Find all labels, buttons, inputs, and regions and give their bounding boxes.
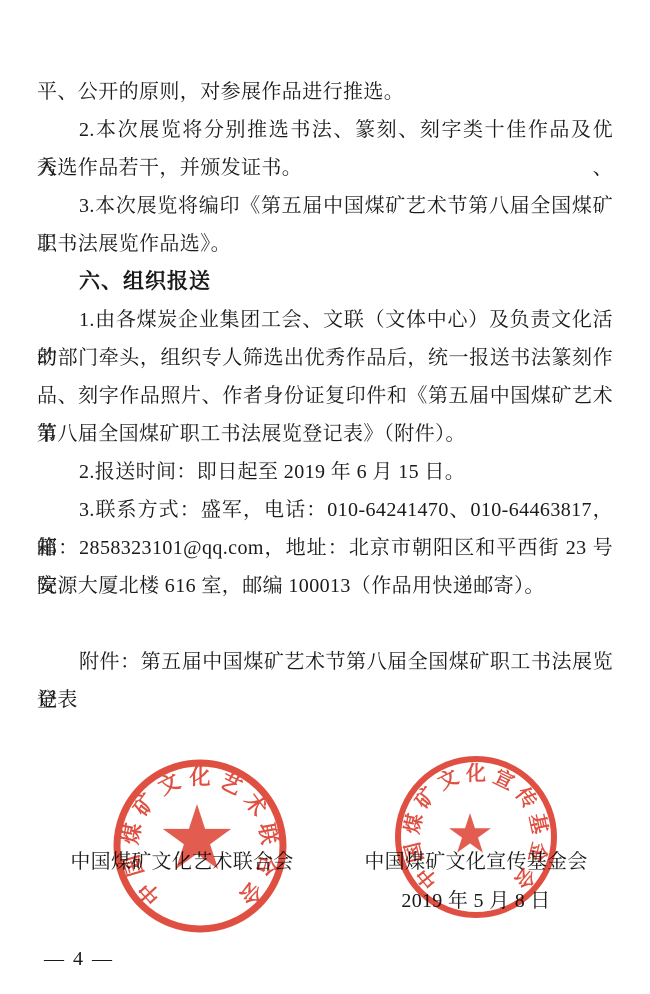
section-heading: 六、组织报送	[37, 263, 613, 301]
seal-character: 化	[465, 762, 486, 785]
star-icon	[449, 813, 491, 853]
document-page: 平、公开的原则，对参展作品进行推选。2.本次展览将分别推选书法、篆刻、刻字类十佳…	[0, 0, 650, 994]
text-line: 附件：第五届中国煤矿艺术节第八届全国煤矿职工书法展览登	[37, 643, 613, 681]
text-line: 记表	[37, 681, 613, 719]
seal-character: 化	[189, 765, 211, 789]
page-number: — 4 —	[44, 948, 114, 971]
seal-character: 联	[254, 821, 281, 846]
text-line: 品、刻字作品照片、作者身份证复印件和《第五届中国煤矿艺术节	[37, 377, 613, 415]
official-seal-right: 中国煤矿文化宣传基金会	[391, 752, 561, 922]
seal-character: 国	[401, 840, 428, 865]
text-line: 工书法展览作品选》。	[37, 225, 613, 263]
seal-character: 煤	[118, 821, 146, 847]
text-line: 1.由各煤炭企业集团工会、文联（文体中心）及负责文化活动	[37, 301, 613, 339]
text-line: 箱：2858323101@qq.com，地址：北京市朝阳区和平西街 23 号院	[37, 529, 613, 567]
official-seal-left: 中国煤矿文化艺术联合会	[105, 751, 295, 941]
seal-character: 合	[252, 852, 281, 879]
text-line: 2.本次展览将分别推选书法、篆刻、刻字类十佳作品及优秀、	[37, 111, 613, 149]
text-line: 平、公开的原则，对参展作品进行推选。	[37, 73, 613, 111]
text-line: 3.本次展览将编印《第五届中国煤矿艺术节第八届全国煤矿职	[37, 187, 613, 225]
star-icon	[163, 804, 231, 869]
document-body: 平、公开的原则，对参展作品进行推选。2.本次展览将分别推选书法、篆刻、刻字类十佳…	[37, 73, 613, 719]
text-line: 3.联系方式：盛军，电话：010-64241470、010-64463817，邮	[37, 491, 613, 529]
text-line: 第八届全国煤矿职工书法展览登记表》（附件）。	[37, 415, 613, 453]
text-line: 2.报送时间：即日起至 2019 年 6 月 15 日。	[37, 453, 613, 491]
text-line: 的部门牵头，组织专人筛选出优秀作品后，统一报送书法篆刻作	[37, 339, 613, 377]
text-line: 安源大厦北楼 616 室，邮编 100013（作品用快递邮寄）。	[37, 567, 613, 605]
seal-character: 国	[119, 852, 148, 879]
